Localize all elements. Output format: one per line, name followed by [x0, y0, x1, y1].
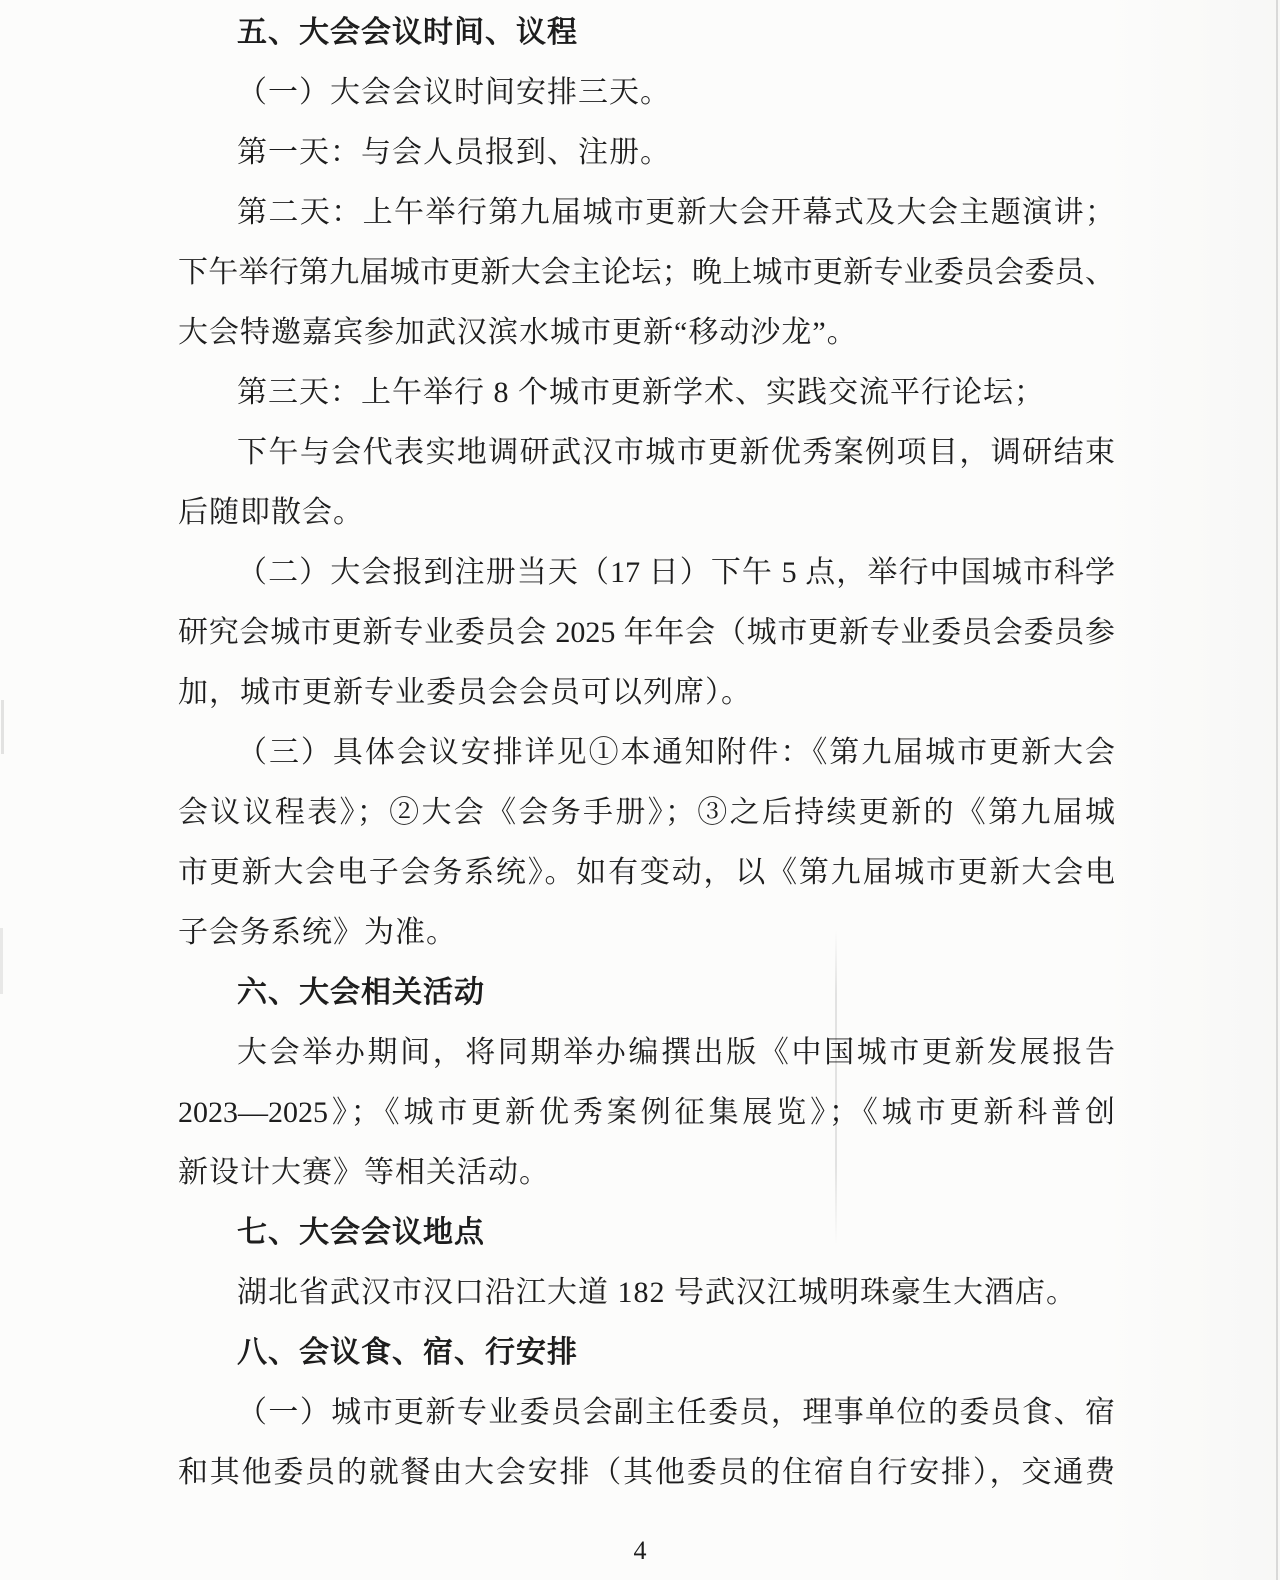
text-line: 第一天：与会人员报到、注册。 — [178, 123, 1115, 183]
text-line: 第三天：上午举行 8 个城市更新学术、实践交流平行论坛； — [178, 363, 1115, 423]
section-heading: 七、大会会议地点 — [178, 1203, 1115, 1263]
text-line: （二）大会报到注册当天（17 日）下午 5 点，举行中国城市科学 — [178, 543, 1115, 603]
document-page: 五、大会会议时间、议程（一）大会会议时间安排三天。第一天：与会人员报到、注册。第… — [0, 0, 1280, 1580]
scan-artifact-left-mark — [1, 700, 4, 754]
text-line: 加，城市更新专业委员会会员可以列席）。 — [178, 663, 1115, 723]
scan-artifact-right-edge — [1276, 0, 1278, 1580]
text-line: 下午举行第九届城市更新大会主论坛；晚上城市更新专业委员会委员、 — [178, 243, 1115, 303]
text-lines: 五、大会会议时间、议程（一）大会会议时间安排三天。第一天：与会人员报到、注册。第… — [178, 3, 1115, 1503]
text-line: 大会举办期间，将同期举办编撰出版《中国城市更新发展报告 — [178, 1023, 1115, 1083]
scan-artifact-streak — [835, 930, 837, 1245]
scan-artifact-left-mark — [0, 928, 3, 994]
section-heading: 五、大会会议时间、议程 — [178, 3, 1115, 63]
scan-artifact-shading — [1100, 0, 1280, 1580]
text-line: （一）城市更新专业委员会副主任委员，理事单位的委员食、宿 — [178, 1383, 1115, 1443]
text-line: 会议议程表》；②大会《会务手册》；③之后持续更新的《第九届城 — [178, 783, 1115, 843]
text-line: 研究会城市更新专业委员会 2025 年年会（城市更新专业委员会委员参 — [178, 603, 1115, 663]
text-line: 子会务系统》为准。 — [178, 903, 1115, 963]
text-line: 和其他委员的就餐由大会安排（其他委员的住宿自行安排），交通费 — [178, 1443, 1115, 1503]
text-line: 新设计大赛》等相关活动。 — [178, 1143, 1115, 1203]
text-line: 大会特邀嘉宾参加武汉滨水城市更新“移动沙龙”。 — [178, 303, 1115, 363]
text-line: 后随即散会。 — [178, 483, 1115, 543]
text-line: 第二天：上午举行第九届城市更新大会开幕式及大会主题演讲； — [178, 183, 1115, 243]
text-line: （三）具体会议安排详见①本通知附件：《第九届城市更新大会 — [178, 723, 1115, 783]
text-line: 下午与会代表实地调研武汉市城市更新优秀案例项目，调研结束 — [178, 423, 1115, 483]
text-line: （一）大会会议时间安排三天。 — [178, 63, 1115, 123]
page-number: 4 — [0, 1536, 1280, 1566]
text-line: 湖北省武汉市汉口沿江大道 182 号武汉江城明珠豪生大酒店。 — [178, 1263, 1115, 1323]
section-heading: 六、大会相关活动 — [178, 963, 1115, 1023]
text-line: 2023—2025》；《城市更新优秀案例征集展览》；《城市更新科普创 — [178, 1083, 1115, 1143]
section-heading: 八、会议食、宿、行安排 — [178, 1323, 1115, 1383]
text-line: 市更新大会电子会务系统》。如有变动，以《第九届城市更新大会电 — [178, 843, 1115, 903]
